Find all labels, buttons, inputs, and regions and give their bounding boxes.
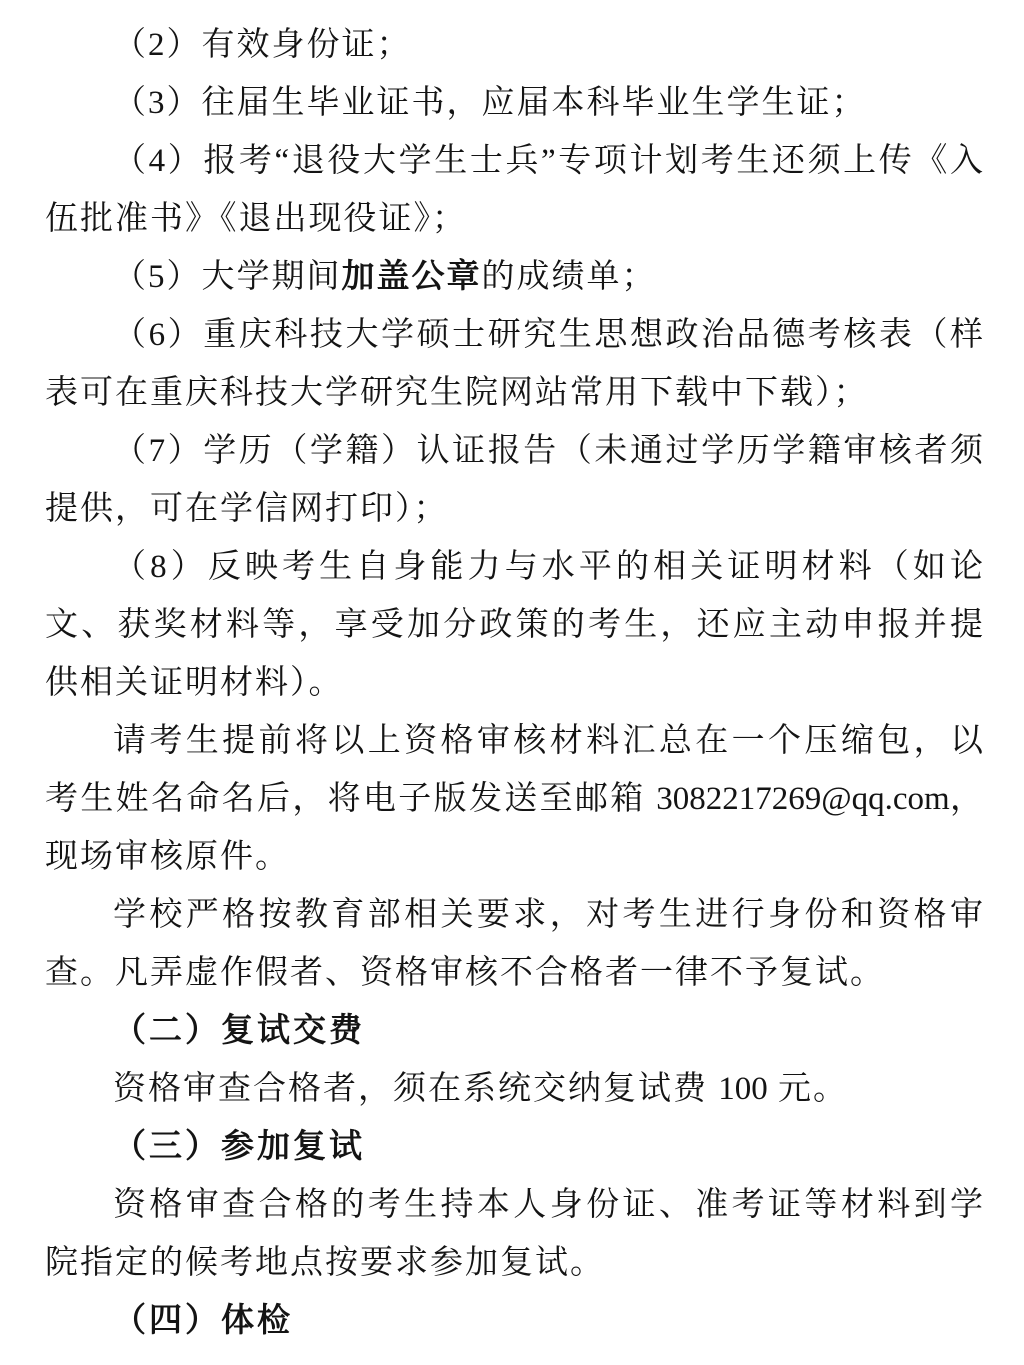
text-segment: 的成绩单； — [482, 259, 657, 295]
list-item-6: （6）重庆科技大学硕士研究生思想政治品德考核表（样表可在重庆科技大学研究生院网站… — [45, 306, 985, 422]
bold-text-stamped-seal: 加盖公章 — [342, 259, 482, 295]
list-item-5: （5）大学期间加盖公章的成绩单； — [45, 248, 985, 306]
paragraph-retest-fee: 资格审查合格者，须在系统交纳复试费 100 元。 — [45, 1060, 985, 1118]
fee-amount: 100 — [718, 1071, 768, 1107]
section-heading-physical-exam: （四）体检 — [45, 1292, 985, 1350]
list-item-7: （7）学历（学籍）认证报告（未通过学历学籍审核者须提供，可在学信网打印）； — [45, 422, 985, 538]
paragraph-submit-materials: 请考生提前将以上资格审核材料汇总在一个压缩包，以考生姓名命名后，将电子版发送至邮… — [45, 712, 985, 886]
paragraph-attend-retest: 资格审查合格的考生持本人身份证、准考证等材料到学院指定的候考地点按要求参加复试。 — [45, 1176, 985, 1292]
section-heading-attend-retest: （三）参加复试 — [45, 1118, 985, 1176]
list-item-8: （8）反映考生自身能力与水平的相关证明材料（如论文、获奖材料等，享受加分政策的考… — [45, 538, 985, 712]
email-address: 3082217269@qq.com — [656, 781, 949, 817]
list-item-2: （2）有效身份证； — [45, 16, 985, 74]
text-segment: 资格审查合格者，须在系统交纳复试费 — [113, 1071, 718, 1107]
list-item-3: （3）往届生毕业证书，应届本科毕业生学生证； — [45, 74, 985, 132]
section-heading-retest-payment: （二）复试交费 — [45, 1002, 985, 1060]
list-item-4: （4）报考“退役大学生士兵”专项计划考生还须上传《入伍批准书》《退出现役证》； — [45, 132, 985, 248]
text-segment: 元。 — [768, 1071, 848, 1107]
text-segment: （5）大学期间 — [113, 259, 342, 295]
paragraph-identity-check: 学校严格按教育部相关要求，对考生进行身份和资格审查。凡弄虚作假者、资格审核不合格… — [45, 886, 985, 1002]
document-page: （2）有效身份证； （3）往届生毕业证书，应届本科毕业生学生证； （4）报考“退… — [0, 0, 1024, 1365]
